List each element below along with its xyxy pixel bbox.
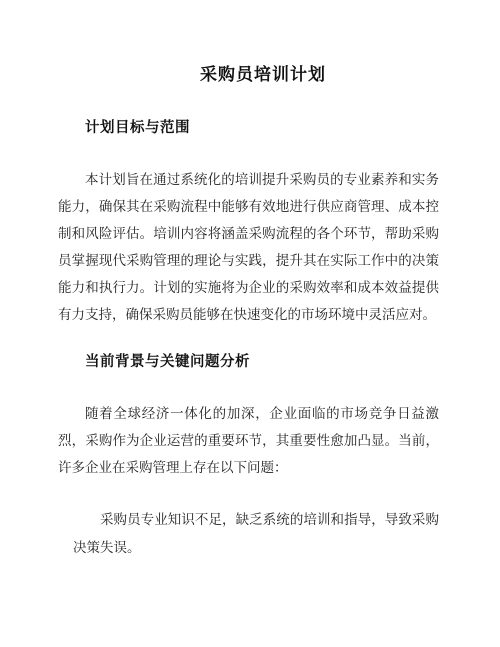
section-paragraph-goals-scope: 本计划旨在通过系统化的培训提升采购员的专业素养和实务能力，确保其在采购流程中能够…: [58, 167, 439, 329]
document-title: 采购员培训计划: [0, 62, 500, 88]
issue-list-item: 采购员专业知识不足，缺乏系统的培训和指导，导致采购决策失误。: [73, 506, 439, 562]
section-heading-goals-scope: 计划目标与范围: [85, 117, 190, 139]
section-paragraph-background-issues: 随着全球经济一体化的加深，企业面临的市场竞争日益激烈，采购作为企业运营的重要环节…: [58, 401, 439, 482]
document-page: 采购员培训计划 计划目标与范围 本计划旨在通过系统化的培训提升采购员的专业素养和…: [0, 0, 500, 647]
section-heading-background-issues: 当前背景与关键问题分析: [85, 351, 250, 373]
